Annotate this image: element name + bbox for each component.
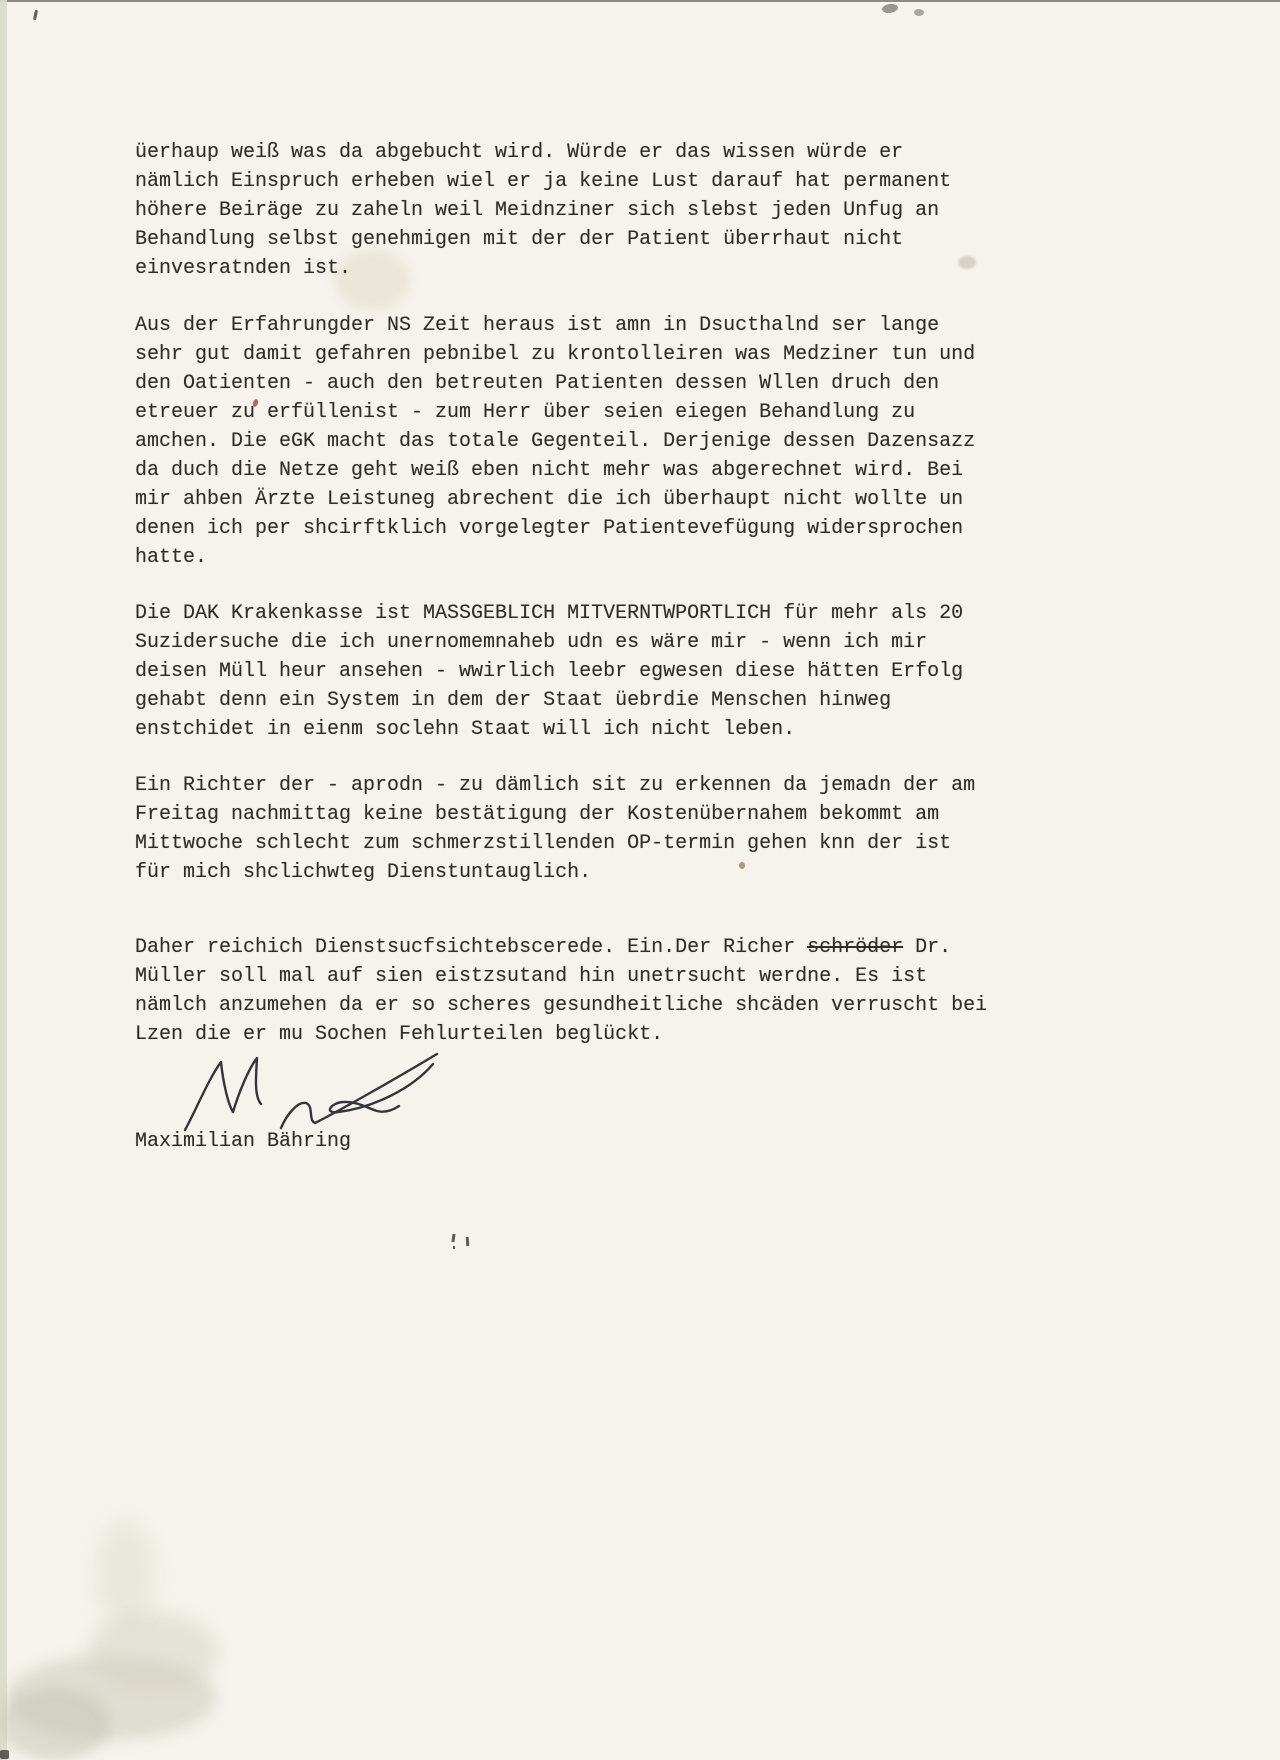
paper-stain [88, 1612, 218, 1692]
scan-smudge [914, 9, 924, 16]
letter-paragraph-1: üerhaup weiß was da abgebucht wird. Würd… [135, 138, 1035, 283]
letter-paragraph-2: Aus der Erfahrungder NS Zeit heraus ist … [135, 311, 1035, 572]
scan-smudge [881, 3, 898, 14]
letter-paragraph-5: Daher reichich Dienstsucfsichtebscerede.… [135, 933, 1035, 1049]
scan-speck [451, 1234, 455, 1242]
signature-name: Maximilian Bähring [135, 1127, 351, 1156]
letter-paragraph-3: Die DAK Krakenkasse ist MASSGEBLICH MITV… [135, 599, 1035, 744]
scanned-letter-page: üerhaup weiß was da abgebucht wird. Würd… [0, 0, 1280, 1760]
paper-stain [96, 1520, 156, 1630]
paper-stain [6, 1655, 216, 1740]
letter-paragraph-4: Ein Richter der - aprodn - zu dämlich si… [135, 771, 1035, 887]
struck-through-word: schröder [807, 936, 903, 959]
scan-top-edge-artifact [0, 0, 1280, 2]
scan-speck [0, 1750, 9, 1759]
paper-stain [0, 1688, 110, 1760]
scan-speck [33, 10, 38, 20]
scan-speck [453, 1246, 455, 1249]
paragraph-text: Daher reichich Dienstsucfsichtebscerede.… [135, 936, 807, 959]
scan-speck [466, 1237, 470, 1246]
scan-left-edge-artifact [0, 0, 7, 1760]
